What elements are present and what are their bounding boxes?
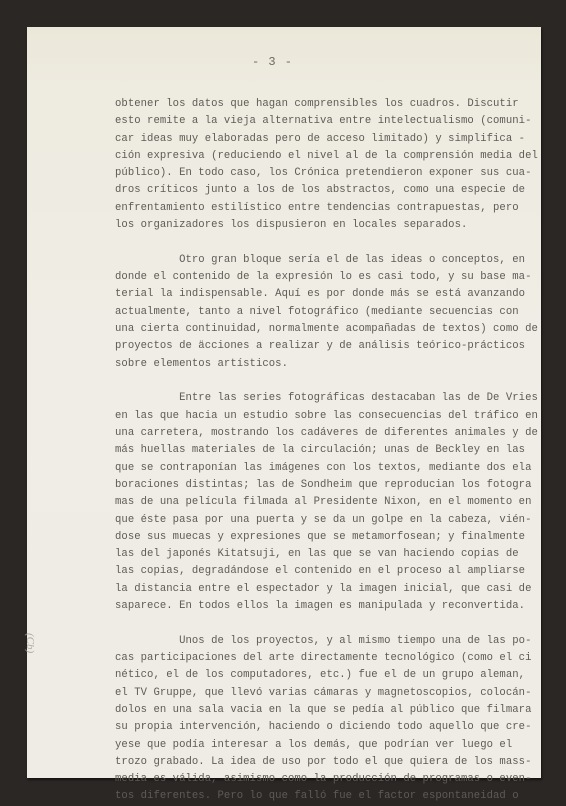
text-line: el TV Gruppe, que llevó varias cámaras y… [115,685,535,702]
text-line: sobre elementos artísticos. [115,356,535,373]
text-line: Otro gran bloque sería el de las ideas o… [115,252,535,269]
text-line: una carretera, mostrando los cadáveres d… [115,425,535,442]
text-line: nético, el de los computadores, etc.) fu… [115,667,535,684]
paragraph-2: Otro gran bloque sería el de las ideas o… [115,252,535,373]
text-line: los organizadores los dispusieron en loc… [115,217,535,234]
text-line: tos diferentes. Pero lo que falló fue el… [115,788,535,800]
paragraph-1: obtener los datos que hagan comprensible… [115,96,535,234]
text-line: trozo grabado. La idea de uso por todo e… [115,754,535,771]
text-line: dolos en una sala vacia en la que se ped… [115,702,535,719]
text-line: que se contraponían las imágenes con los… [115,460,535,477]
page-number: - 3 - [252,55,293,69]
body-text: obtener los datos que hagan comprensible… [115,96,535,800]
text-line: que éste pasa por una puerta y se da un … [115,512,535,529]
text-line: saparece. En todos ellos la imagen es ma… [115,598,535,615]
text-line: proyectos de äcciones a realizar y de an… [115,338,535,355]
text-line: cas participaciones del arte directament… [115,650,535,667]
text-line: esto remite a la vieja alternativa entre… [115,113,535,130]
text-line: enfrentamiento estilístico entre tendenc… [115,200,535,217]
text-line: terial la indispensable. Aquí es por don… [115,286,535,303]
text-line: en las que hacia un estudio sobre las co… [115,408,535,425]
text-line: ción expresiva (reduciendo el nivel al d… [115,148,535,165]
text-line: la distancia entre el espectador y la im… [115,581,535,598]
text-line: las del japonés Kitatsuji, en las que se… [115,546,535,563]
text-line: una cierta continuidad, normalmente acom… [115,321,535,338]
text-line: mas de una película filmada al President… [115,494,535,511]
text-line: car ideas muy elaboradas pero de acceso … [115,131,535,148]
text-line: su propia intervención, haciendo o dicie… [115,719,535,736]
text-line: Entre las series fotográficas destacaban… [115,390,535,407]
text-line: donde el contenido de la expresión lo es… [115,269,535,286]
text-line: media es válida, asimismo como la produc… [115,771,535,788]
text-line: obtener los datos que hagan comprensible… [115,96,535,113]
handwritten-margin-note: (Cb) [24,633,36,653]
paragraph-3: Entre las series fotográficas destacaban… [115,390,535,615]
paragraph-4: Unos de los proyectos, y al mismo tiempo… [115,633,535,800]
text-line: las copias, degradándose el contenido en… [115,563,535,580]
text-line: boraciones distintas; las de Sondheim qu… [115,477,535,494]
text-line: yese que podía interesar a los demás, qu… [115,737,535,754]
paragraph-gap [115,615,535,633]
paragraph-gap [115,234,535,252]
text-line: Unos de los proyectos, y al mismo tiempo… [115,633,535,650]
text-line: dose sus muecas y expresiones que se met… [115,529,535,546]
text-line: dros críticos junto a los de los abstrac… [115,182,535,199]
paragraph-gap [115,373,535,391]
text-line: más huellas materiales de la circulación… [115,442,535,459]
text-line: público). En todo caso, los Crónica pret… [115,165,535,182]
text-line: actualmente, tanto a nivel fotográfico (… [115,304,535,321]
